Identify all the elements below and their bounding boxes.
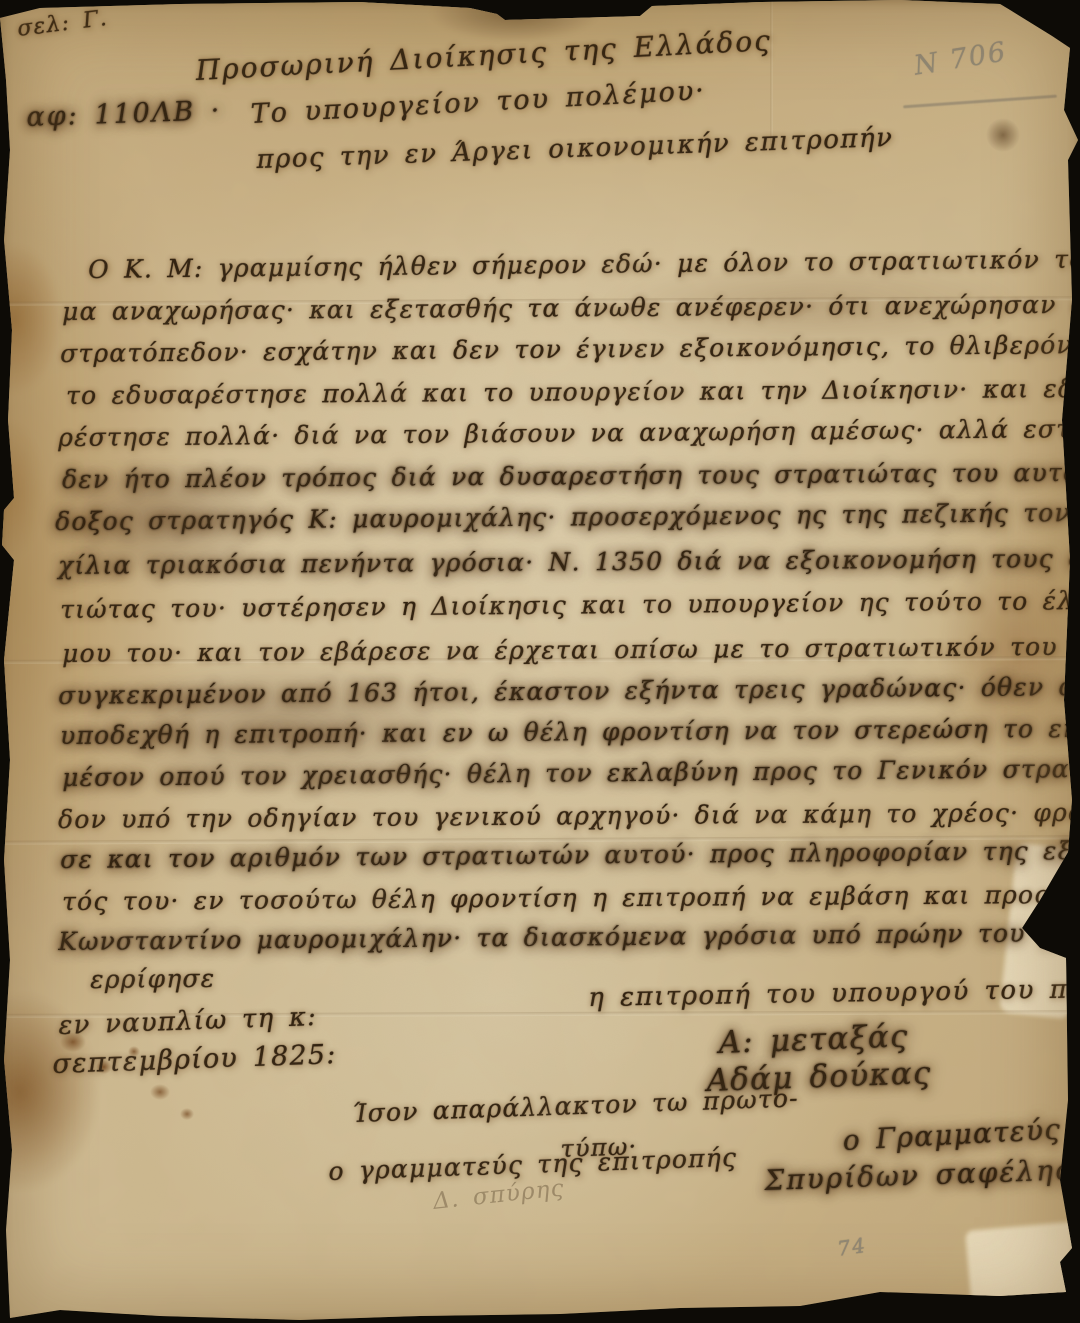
body-line-7: δοξος στρατηγός Κ: μαυρομιχάλης· προσερχ… <box>55 498 1080 535</box>
dateline-date: σεπτεμβρίου 1825: <box>52 1040 337 1080</box>
body-line-16: τός του· εν τοσούτω θέλη φροντίση η επιτ… <box>62 880 1080 916</box>
certification-line-1: Ίσον απαράλλακτον τω πρωτο- <box>352 1084 799 1127</box>
secretary-title: ο Γραμματεύς <box>842 1115 1062 1157</box>
body-line-11: συγκεκριμένον από 163 ήτοι, έκαστον εξήν… <box>58 672 1080 709</box>
header-addressee: προς την εν Άργει οικονομικήν επιτροπήν <box>256 124 894 175</box>
letter-page: σελ: Γ. 74 Προσωρινή Διοίκησις της Ελλάδ… <box>0 0 1080 1323</box>
body-line-2: μα αναχωρήσας· και εξετασθής τα άνωθε αν… <box>62 290 1080 325</box>
body-line-4: το εδυσαρέστησε πολλά και το υπουργείον … <box>66 375 1080 410</box>
body-line-3: στρατόπεδον· εσχάτην και δεν τον έγινεν … <box>60 330 1080 367</box>
body-line-9: τιώτας του· υστέρησεν η Διοίκησις και το… <box>60 586 1080 624</box>
body-line-8: χίλια τριακόσια πενήντα γρόσια· Ν. 1350 … <box>58 544 1080 579</box>
body-line-1: Ο Κ. Μ: γραμμίσης ήλθεν σήμερον εδώ· με … <box>88 245 1080 284</box>
signature-metaxas: Α: μεταξάς <box>718 1019 909 1060</box>
body-line-17: Κωνσταντίνο μαυρομιχάλην· τα διασκόμενα … <box>58 918 1080 955</box>
secretary-name: Σπυρίδων σαφέλης- <box>764 1155 1080 1197</box>
body-line-6: δεν ήτο πλέον τρόπος διά να δυσαρεστήση … <box>62 458 1080 494</box>
folio-number-pencil: 74 <box>836 1234 868 1260</box>
scan-background: σελ: Γ. 74 Προσωρινή Διοίκησις της Ελλάδ… <box>0 0 1080 1323</box>
header-ministry: Το υπουργείον του πολέμου· <box>250 76 707 129</box>
body-line-15: σε και τον αριθμόν των στρατιωτών αυτού·… <box>60 836 1080 873</box>
header-protocol-number: αφ: 110ΛΒ · <box>26 96 222 132</box>
handwriting-layer: Προσωρινή Διοίκησις της Ελλάδοςαφ: 110ΛΒ… <box>0 0 1080 1323</box>
certification-ghost-signature: Δ. σπύρης <box>432 1176 566 1215</box>
body-line-14: δον υπό την οδηγίαν του γενικού αρχηγού·… <box>58 798 1080 833</box>
archive-number-pencil: N 706 <box>912 37 1009 81</box>
body-line-12: υποδεχθή η επιτροπή· και εν ω θέλη φροντ… <box>60 714 1080 749</box>
closing-committee: η επιτροπή του υπουργού του πολέμου- <box>588 974 1080 1013</box>
body-line-5: ρέστησε πολλά· διά να τον βιάσουν να ανα… <box>58 414 1080 451</box>
body-line-10: μου του· και τον εβάρεσε να έρχεται οπίσ… <box>62 632 1080 667</box>
dateline-place: εν ναυπλίω τη κ: <box>58 1003 317 1041</box>
body-closing-word: ερρίφησε <box>90 965 215 994</box>
body-line-13: μέσον οπού τον χρειασθής· θέλη τον εκλαβ… <box>62 755 1080 792</box>
